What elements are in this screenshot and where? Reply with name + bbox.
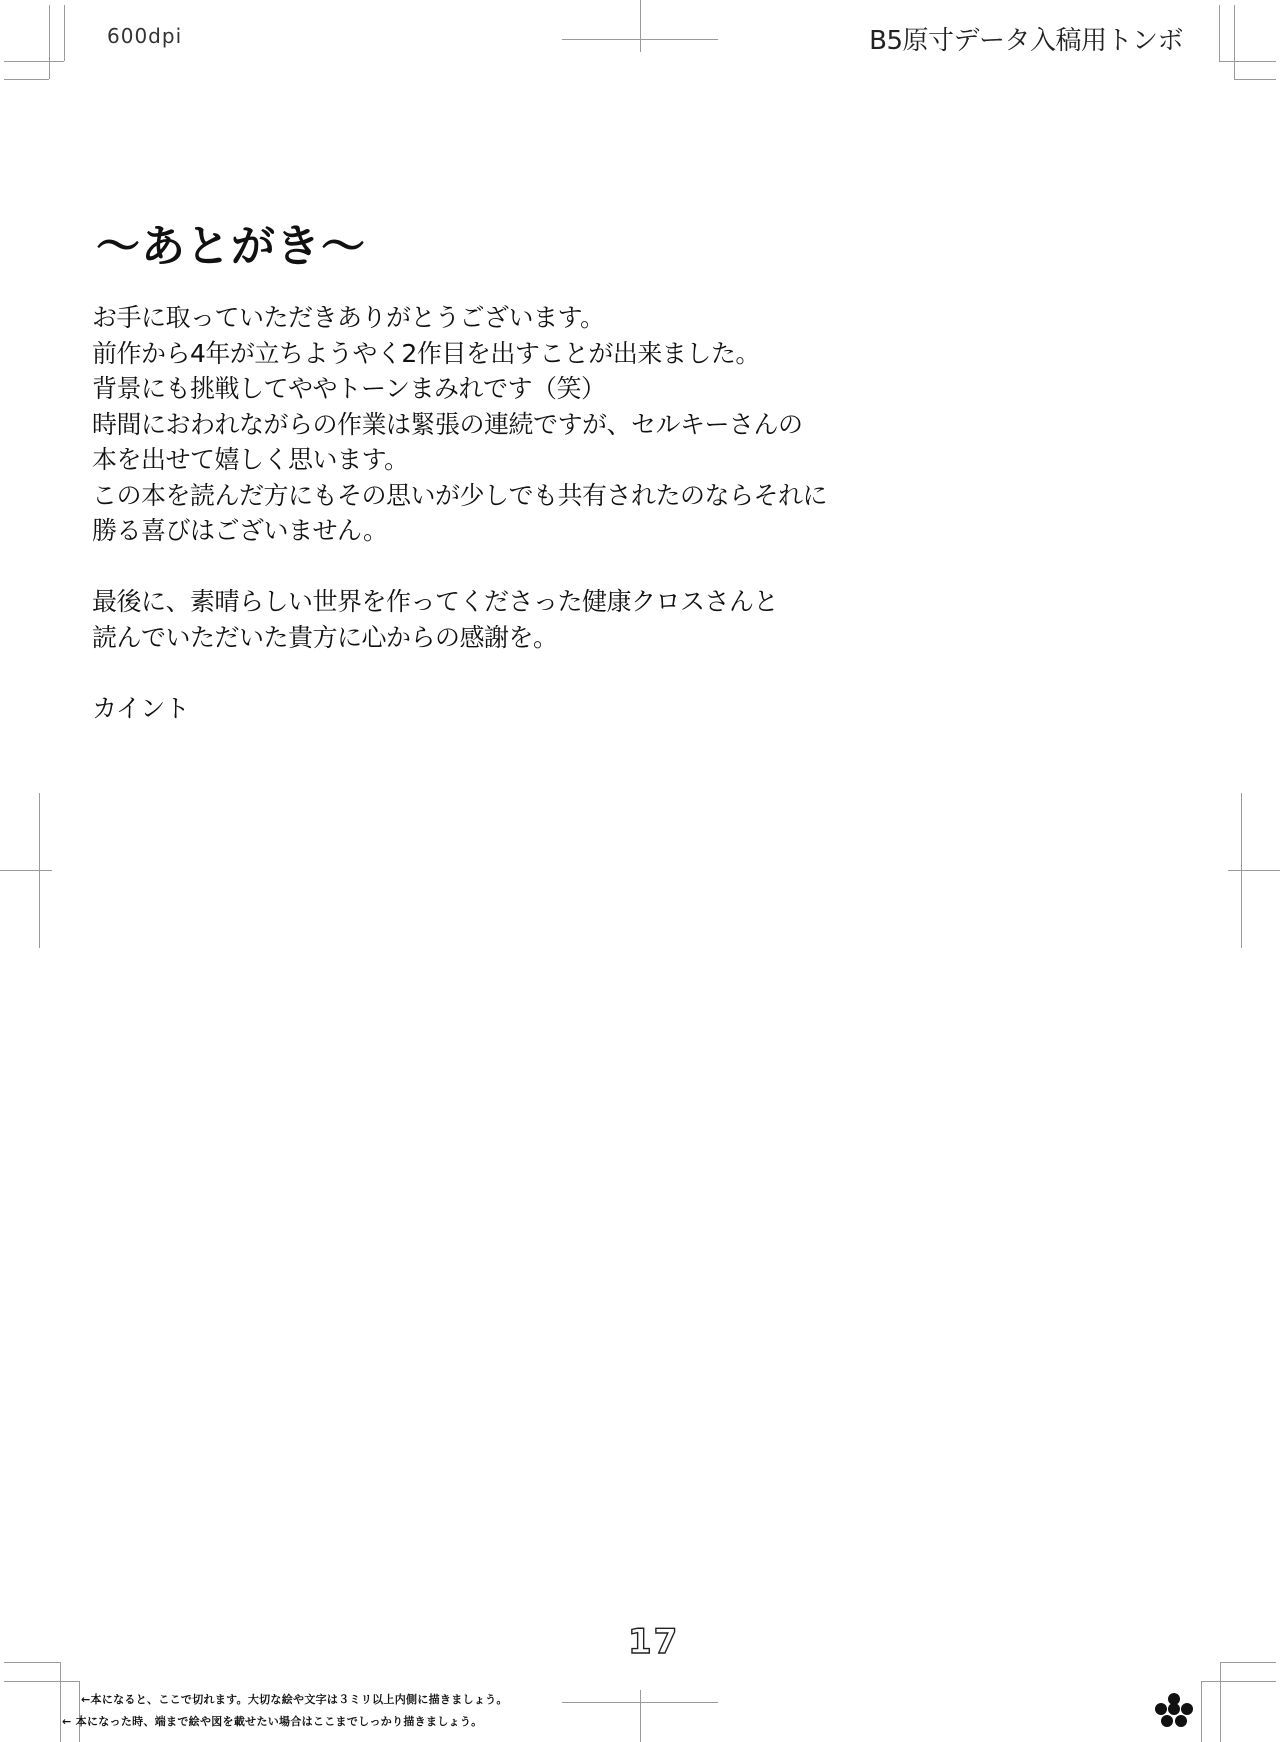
trim-mark xyxy=(1201,1681,1276,1682)
page-number: 17 xyxy=(628,1622,679,1662)
body-line: 勝る喜びはございません。 xyxy=(92,513,827,549)
trim-mark xyxy=(562,39,718,40)
trim-mark xyxy=(79,1681,80,1742)
page-title: ～あとがき～ xyxy=(96,210,366,274)
body-line: 前作から4年が立ちようやく2作目を出すことが出来ました。 xyxy=(92,336,827,372)
flower-dots-icon xyxy=(1152,1690,1196,1734)
trim-mark xyxy=(1220,1662,1221,1742)
trim-mark xyxy=(1201,1681,1202,1742)
trim-mark xyxy=(1228,870,1280,871)
body-line: 最後に、素晴らしい世界を作ってくださった健康クロスさんと xyxy=(92,584,827,620)
body-line: 背景にも挑戦してややトーンまみれです（笑） xyxy=(92,371,827,407)
trim-mark xyxy=(49,5,50,79)
body-line: 本を出せて嬉しく思います。 xyxy=(92,442,827,478)
body-line: 読んでいただいた貴方に心からの感謝を。 xyxy=(92,620,827,656)
trim-mark xyxy=(4,79,49,80)
body-line: お手に取っていただきありがとうございます。 xyxy=(92,300,827,336)
trim-mark xyxy=(4,1681,79,1682)
trim-mark xyxy=(4,61,64,62)
trim-mark xyxy=(0,870,52,871)
paragraph-gap xyxy=(92,549,827,585)
trim-mark xyxy=(4,1662,60,1663)
afterword-body: お手に取っていただきありがとうございます。 前作から4年が立ちようやく2作目を出… xyxy=(92,300,827,726)
trim-mark xyxy=(640,0,641,52)
trim-mark xyxy=(1220,1662,1276,1663)
trim-mark xyxy=(64,5,65,61)
body-line: この本を読んだ方にもその思いが少しでも共有されたのならそれに xyxy=(92,478,827,514)
trim-mark xyxy=(1234,5,1235,79)
trim-mark xyxy=(640,1690,641,1742)
resolution-label: 600dpi xyxy=(107,24,182,48)
trim-mark xyxy=(1219,5,1220,61)
trim-mark xyxy=(1234,79,1276,80)
author-signature: カイント xyxy=(92,691,827,727)
trim-mark xyxy=(60,1662,61,1742)
paragraph-gap xyxy=(92,655,827,691)
trim-mark xyxy=(1219,61,1276,62)
bleed-note: ← 本になった時、端まで絵や図を載せたい場合はここまでしっかり描きましょう。 xyxy=(62,1713,482,1729)
body-line: 時間におわれながらの作業は緊張の連続ですが、セルキーさんの xyxy=(92,407,827,443)
trim-note: ←本になると、ここで切れます。大切な絵や文字は３ミリ以上内側に描きましょう。 xyxy=(81,1691,508,1707)
template-label: B5原寸データ入稿用トンボ xyxy=(869,20,1183,57)
